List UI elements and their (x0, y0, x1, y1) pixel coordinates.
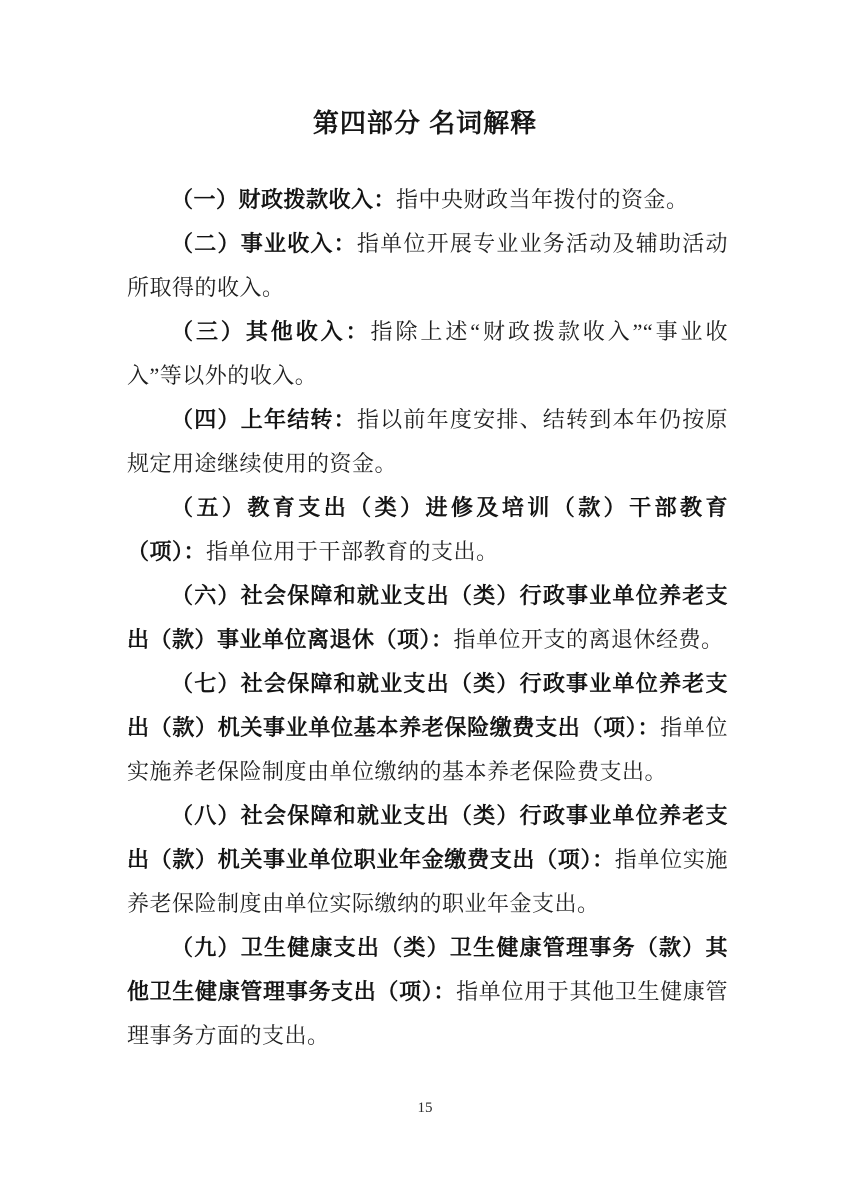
term-label: （二）事业收入： (171, 231, 357, 256)
term-definition: 指单位用于干部教育的支出。 (206, 539, 499, 564)
term-label: （七）社会保障和就业支出（类）行政事业单位养老支出（款）机关事业单位基本养老保险… (127, 671, 728, 740)
glossary-paragraph: （六）社会保障和就业支出（类）行政事业单位养老支出（款）事业单位离退休（项）：指… (127, 574, 728, 662)
term-definition: 指单位开支的离退休经费。 (454, 627, 724, 652)
document-page: 第四部分 名词解释 （一）财政拨款收入：指中央财政当年拨付的资金。 （二）事业收… (0, 0, 850, 1202)
glossary-paragraph: （九）卫生健康支出（类）卫生健康管理事务（款）其他卫生健康管理事务支出（项）：指… (127, 926, 728, 1058)
page-number: 15 (0, 1100, 850, 1117)
glossary-paragraph: （七）社会保障和就业支出（类）行政事业单位养老支出（款）机关事业单位基本养老保险… (127, 662, 728, 794)
term-label: （四）上年结转： (171, 407, 357, 432)
page-title: 第四部分 名词解释 (0, 103, 850, 140)
term-definition: 指中央财政当年拨付的资金。 (396, 187, 689, 212)
glossary-paragraph: （一）财政拨款收入：指中央财政当年拨付的资金。 (127, 178, 728, 222)
glossary-paragraph: （五）教育支出（类）进修及培训（款）干部教育（项）：指单位用于干部教育的支出。 (127, 486, 728, 574)
term-label: （一）财政拨款收入： (171, 187, 396, 212)
term-label: （三）其他收入： (171, 319, 371, 344)
glossary-paragraph: （八）社会保障和就业支出（类）行政事业单位养老支出（款）机关事业单位职业年金缴费… (127, 794, 728, 926)
glossary-paragraph: （二）事业收入：指单位开展专业业务活动及辅助活动所取得的收入。 (127, 222, 728, 310)
glossary-paragraph: （四）上年结转：指以前年度安排、结转到本年仍按原规定用途继续使用的资金。 (127, 398, 728, 486)
document-body: （一）财政拨款收入：指中央财政当年拨付的资金。 （二）事业收入：指单位开展专业业… (127, 178, 728, 1058)
glossary-paragraph: （三）其他收入：指除上述“财政拨款收入”“事业收入”等以外的收入。 (127, 310, 728, 398)
